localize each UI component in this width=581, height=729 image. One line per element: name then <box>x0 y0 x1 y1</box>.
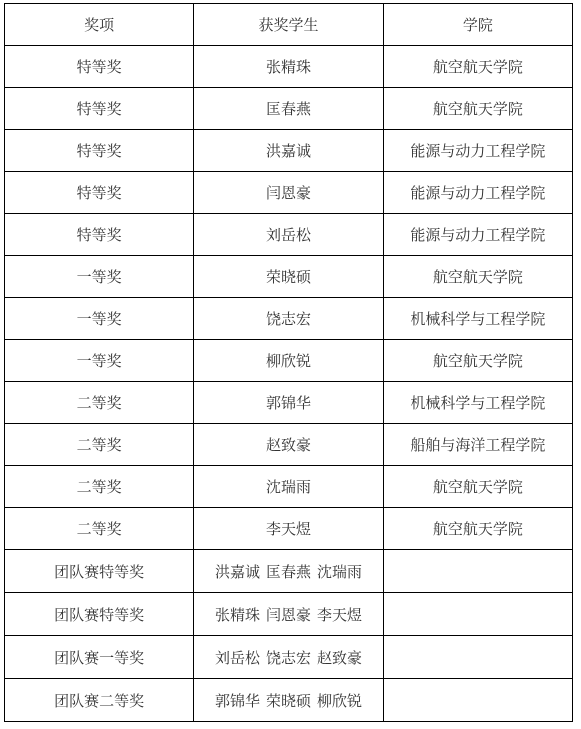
award-cell: 特等奖 <box>5 130 194 172</box>
team-member: 刘岳松 <box>215 647 260 668</box>
award-cell: 特等奖 <box>5 214 194 256</box>
table-row: 特等奖 洪嘉诚 能源与动力工程学院 <box>5 130 573 172</box>
student-cell: 荣晓硕 <box>194 256 383 298</box>
award-cell: 一等奖 <box>5 256 194 298</box>
table-row: 二等奖 沈瑞雨 航空航天学院 <box>5 466 573 508</box>
team-member: 沈瑞雨 <box>317 561 362 582</box>
award-cell: 特等奖 <box>5 46 194 88</box>
team-college-cell <box>383 550 572 593</box>
college-cell: 航空航天学院 <box>383 466 572 508</box>
team-award-cell: 团队赛特等奖 <box>5 550 194 593</box>
team-college-cell <box>383 679 572 722</box>
student-cell: 郭锦华 <box>194 382 383 424</box>
team-member: 李天煜 <box>317 604 362 625</box>
team-members-cell: 刘岳松饶志宏赵致豪 <box>194 636 383 679</box>
college-cell: 船舶与海洋工程学院 <box>383 424 572 466</box>
table-row: 一等奖 柳欣锐 航空航天学院 <box>5 340 573 382</box>
team-member: 张精珠 <box>215 604 260 625</box>
student-cell: 张精珠 <box>194 46 383 88</box>
team-table-row: 团队赛一等奖 刘岳松饶志宏赵致豪 <box>5 636 573 679</box>
team-member: 柳欣锐 <box>317 690 362 711</box>
college-cell: 能源与动力工程学院 <box>383 214 572 256</box>
team-award-cell: 团队赛一等奖 <box>5 636 194 679</box>
college-cell: 航空航天学院 <box>383 46 572 88</box>
team-table-row: 团队赛特等奖 张精珠闫恩豪李天煜 <box>5 593 573 636</box>
award-cell: 一等奖 <box>5 340 194 382</box>
college-cell: 航空航天学院 <box>383 508 572 550</box>
team-college-cell <box>383 636 572 679</box>
table-row: 特等奖 匡春燕 航空航天学院 <box>5 88 573 130</box>
team-table-row: 团队赛二等奖 郭锦华荣晓硕柳欣锐 <box>5 679 573 722</box>
header-college: 学院 <box>383 4 572 46</box>
team-member: 饶志宏 <box>266 647 311 668</box>
team-award-cell: 团队赛特等奖 <box>5 593 194 636</box>
student-cell: 洪嘉诚 <box>194 130 383 172</box>
college-cell: 能源与动力工程学院 <box>383 172 572 214</box>
award-table: 奖项 获奖学生 学院 特等奖 张精珠 航空航天学院 特等奖 匡春燕 航空航天学院… <box>4 3 573 722</box>
team-member: 赵致豪 <box>317 647 362 668</box>
student-cell: 刘岳松 <box>194 214 383 256</box>
college-cell: 机械科学与工程学院 <box>383 298 572 340</box>
college-cell: 航空航天学院 <box>383 256 572 298</box>
team-member: 闫恩豪 <box>266 604 311 625</box>
award-cell: 二等奖 <box>5 424 194 466</box>
award-cell: 特等奖 <box>5 172 194 214</box>
header-award: 奖项 <box>5 4 194 46</box>
table-row: 二等奖 李天煜 航空航天学院 <box>5 508 573 550</box>
college-cell: 能源与动力工程学院 <box>383 130 572 172</box>
team-member: 郭锦华 <box>215 690 260 711</box>
award-cell: 二等奖 <box>5 466 194 508</box>
team-table-row: 团队赛特等奖 洪嘉诚匡春燕沈瑞雨 <box>5 550 573 593</box>
student-cell: 柳欣锐 <box>194 340 383 382</box>
team-members-cell: 郭锦华荣晓硕柳欣锐 <box>194 679 383 722</box>
award-cell: 二等奖 <box>5 382 194 424</box>
team-member: 荣晓硕 <box>266 690 311 711</box>
table-row: 一等奖 荣晓硕 航空航天学院 <box>5 256 573 298</box>
team-member: 洪嘉诚 <box>215 561 260 582</box>
college-cell: 机械科学与工程学院 <box>383 382 572 424</box>
student-cell: 沈瑞雨 <box>194 466 383 508</box>
table-row: 特等奖 刘岳松 能源与动力工程学院 <box>5 214 573 256</box>
student-cell: 饶志宏 <box>194 298 383 340</box>
table-row: 特等奖 张精珠 航空航天学院 <box>5 46 573 88</box>
student-cell: 李天煜 <box>194 508 383 550</box>
table-row: 二等奖 郭锦华 机械科学与工程学院 <box>5 382 573 424</box>
award-cell: 二等奖 <box>5 508 194 550</box>
team-award-cell: 团队赛二等奖 <box>5 679 194 722</box>
award-cell: 一等奖 <box>5 298 194 340</box>
student-cell: 赵致豪 <box>194 424 383 466</box>
table-header-row: 奖项 获奖学生 学院 <box>5 4 573 46</box>
table-row: 二等奖 赵致豪 船舶与海洋工程学院 <box>5 424 573 466</box>
team-member: 匡春燕 <box>266 561 311 582</box>
team-members-cell: 洪嘉诚匡春燕沈瑞雨 <box>194 550 383 593</box>
table-row: 特等奖 闫恩豪 能源与动力工程学院 <box>5 172 573 214</box>
team-members-cell: 张精珠闫恩豪李天煜 <box>194 593 383 636</box>
college-cell: 航空航天学院 <box>383 340 572 382</box>
student-cell: 闫恩豪 <box>194 172 383 214</box>
team-college-cell <box>383 593 572 636</box>
student-cell: 匡春燕 <box>194 88 383 130</box>
college-cell: 航空航天学院 <box>383 88 572 130</box>
award-cell: 特等奖 <box>5 88 194 130</box>
table-row: 一等奖 饶志宏 机械科学与工程学院 <box>5 298 573 340</box>
header-student: 获奖学生 <box>194 4 383 46</box>
